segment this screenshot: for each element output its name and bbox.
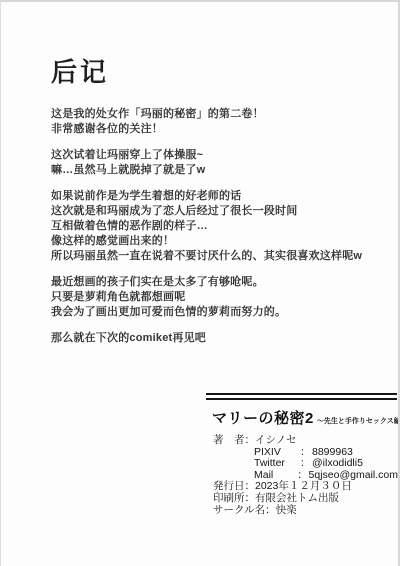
afterword-page: 后记 这是我的处女作「玛丽的秘密」的第二卷！ 非常感谢各位的关注！ 这次试着让玛… <box>0 0 400 566</box>
circle-value: 快楽 <box>276 504 297 516</box>
paragraph: 如果说前作是为学生着想的好老师的话 这次就是和玛丽成为了恋人后经过了很长一段时间… <box>51 189 371 264</box>
colophon-rows: 著 者：イシノセ PIXIV：8899963 Twitter：@ilxodidl… <box>206 435 398 516</box>
publish-date-value: 2023年１２月３０日 <box>255 480 352 492</box>
printer-label: 印刷所： <box>213 492 255 504</box>
text-line: 互相做着色情的恶作剧的样子… <box>51 219 371 234</box>
author-label: 著 者： <box>213 434 255 446</box>
publish-date-label: 発行日： <box>213 480 255 492</box>
text-line: 嘛…虽然马上就脱掉了就是了w <box>51 163 371 178</box>
author-value: イシノセ <box>255 434 296 446</box>
text-line: 我会为了画出更加可爱而色情的萝莉而努力的。 <box>51 305 371 320</box>
text-line: 非常感谢各位的关注！ <box>51 122 371 137</box>
text-line: 只要是萝莉角色就都想画呢 <box>51 290 371 305</box>
text-line: 这是我的处女作「玛丽的秘密」的第二卷！ <box>51 107 371 122</box>
author-row: 著 者：イシノセ <box>213 435 398 447</box>
text-line: 所以玛丽虽然一直在说着不要讨厌什么的、其实很喜欢这样呢w <box>51 249 371 264</box>
paragraph: 这次试着让玛丽穿上了体操服~ 嘛…虽然马上就脱掉了就是了w <box>51 148 371 178</box>
circle-label: サークル名： <box>213 504 276 516</box>
text-line: 这次就是和玛丽成为了恋人后经过了很长一段时间 <box>51 204 371 219</box>
book-subtitle: ～先生と手作りセックス編～ <box>317 418 400 425</box>
paragraph: 这是我的处女作「玛丽的秘密」的第二卷！ 非常感谢各位的关注！ <box>51 107 371 137</box>
paragraph: 那么就在下次的comiket再见吧 <box>51 331 371 346</box>
afterword-text: 这是我的处女作「玛丽的秘密」的第二卷！ 非常感谢各位的关注！ 这次试着让玛丽穿上… <box>51 107 371 357</box>
page-title: 后记 <box>51 52 109 89</box>
colophon-title-row: マリーの秘密2～先生と手作りセックス編～ <box>206 407 398 428</box>
printer-value: 有限会社トム出版 <box>255 492 339 504</box>
text-line: 那么就在下次的comiket再见吧 <box>51 331 371 346</box>
colophon: マリーの秘密2～先生と手作りセックス編～ 著 者：イシノセ PIXIV：8899… <box>206 393 398 516</box>
book-title: マリーの秘密2 <box>212 410 314 427</box>
text-line: 最近想画的孩子们实在是太多了有够呛呢。 <box>51 275 371 290</box>
text-line: 像这样的感觉画出来的！ <box>51 234 371 249</box>
text-line: 如果说前作是为学生着想的好老师的话 <box>51 189 371 204</box>
double-rule-divider <box>206 393 397 400</box>
paragraph: 最近想画的孩子们实在是太多了有够呛呢。 只要是萝莉角色就都想画呢 我会为了画出更… <box>51 275 371 320</box>
text-line: 这次试着让玛丽穿上了体操服~ <box>51 148 371 163</box>
circle-row: サークル名：快楽 <box>213 505 398 517</box>
